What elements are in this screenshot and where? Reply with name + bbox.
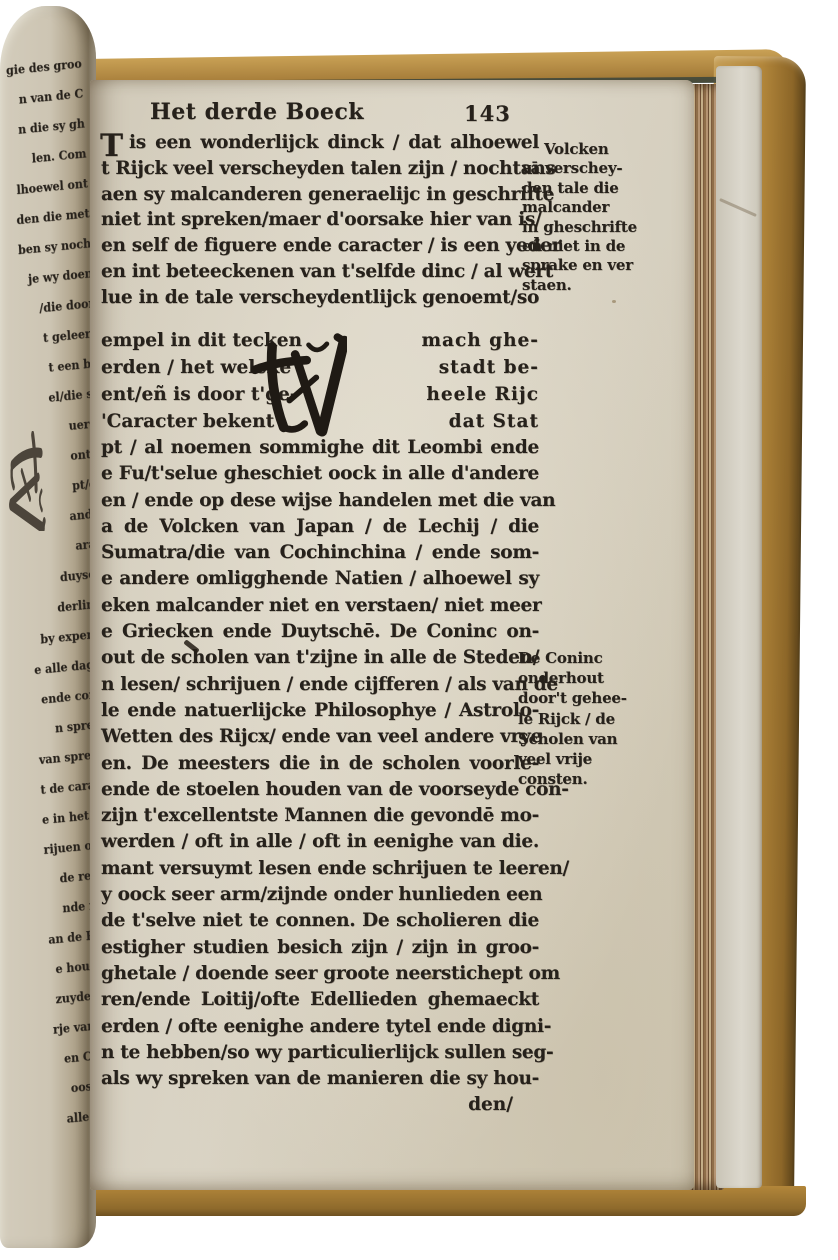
margin-note-line: eñ niet in de bbox=[522, 237, 650, 256]
body-text-line: le ende natuerlijcke Philosophye / Astro… bbox=[101, 700, 539, 726]
body-text-line: out de scholen van t'zijne in alle de St… bbox=[101, 647, 539, 673]
body-text-line: estigher studien besich zijn / zijn in g… bbox=[101, 937, 539, 963]
body-text-line: en self de figuere ende caracter / is ee… bbox=[101, 235, 539, 261]
margin-note-line: vā verschey- bbox=[522, 159, 650, 178]
margin-note-line: consten. bbox=[518, 769, 650, 789]
body-text-line: y oock seer arm/zijnde onder hunlieden e… bbox=[101, 884, 539, 910]
margin-note-line: le Rijck / de bbox=[518, 709, 650, 729]
body-text-line: en int beteeckenen van t'selfde dinc / a… bbox=[101, 261, 539, 287]
margin-note-line: den tale die bbox=[522, 179, 650, 198]
body-text-line: e Griecken ende Duytschē. De Coninc on- bbox=[101, 621, 539, 647]
body-text-line: erden / ofte eenighe andere tytel ende d… bbox=[101, 1016, 539, 1042]
margin-note-bottom: De Coninconderhoutdoor't gehee-le Rijck … bbox=[518, 648, 650, 789]
closing-word-text: den/ bbox=[468, 1094, 513, 1115]
margin-note-line: in gheschrifte bbox=[522, 218, 650, 237]
left-page-woodcut-character-icon bbox=[14, 426, 55, 526]
margin-note-line: staen. bbox=[522, 276, 650, 295]
page-number: 143 bbox=[464, 101, 511, 126]
body-text-line: en / ende op dese wijse handelen met die… bbox=[101, 490, 539, 516]
body-text-paragraph-1: is een wonderlijck dinck / dat alhoewelt… bbox=[101, 132, 539, 313]
margin-note-line: Scholen van bbox=[518, 729, 650, 749]
body-text-line: n te hebben/so wy particulierlijck sulle… bbox=[101, 1042, 539, 1068]
wrap-right-column: mach ghe-stadt be-heele Rijcdat Stat bbox=[421, 330, 539, 438]
margin-note-line: door't gehee- bbox=[518, 688, 650, 708]
body-text-line: zijn t'excellentste Mannen die gevondē m… bbox=[101, 805, 539, 831]
body-text-line: en. De meesters die in de scholen voorle… bbox=[101, 753, 539, 779]
margin-note-top: Volckenvā verschey-den tale diemalcander… bbox=[522, 140, 650, 295]
body-text-line: heele Rijc bbox=[421, 384, 539, 411]
body-text-line: t Rijck veel verscheyden talen zijn / no… bbox=[101, 158, 539, 184]
margin-note-line: malcander bbox=[522, 198, 650, 217]
body-text-line: eken malcander niet en verstaen/ niet me… bbox=[101, 595, 539, 621]
paper-fleck bbox=[612, 300, 616, 303]
body-text-line: Sumatra/die van Cochinchina / ende som- bbox=[101, 542, 539, 568]
body-text-line: werden / oft in alle / oft in eenighe va… bbox=[101, 831, 539, 857]
body-text-line: mant versuymt lesen ende schrijuen te le… bbox=[101, 858, 539, 884]
body-text-line: is een wonderlijck dinck / dat alhoewel bbox=[101, 132, 539, 158]
body-text-line: ende de stoelen houden van de voorseyde … bbox=[101, 779, 539, 805]
margin-note-line: De Coninc bbox=[518, 648, 650, 668]
body-text-line: e andere omligghende Natien / alhoewel s… bbox=[101, 568, 539, 594]
margin-note-line: veel vrije bbox=[518, 749, 650, 769]
running-header: Het derde Boeck bbox=[150, 99, 364, 125]
body-text-line: ren/ende Loitij/ofte Edellieden ghemaeck… bbox=[101, 989, 539, 1015]
margin-note-line: Volcken bbox=[522, 140, 650, 159]
body-text-line: n lesen/ schrijuen / ende cijfferen / al… bbox=[101, 674, 539, 700]
body-text-line: niet int spreken/maer d'oorsake hier van… bbox=[101, 209, 539, 235]
body-text-line: ghetale / doende seer groote neerstichep… bbox=[101, 963, 539, 989]
body-text-line: als wy spreken van de manieren die sy ho… bbox=[101, 1068, 539, 1094]
body-text-line: lue in de tale verscheydentlijck genoemt… bbox=[101, 287, 539, 313]
chinese-character-woodcut-icon bbox=[251, 331, 347, 447]
previous-page-curved: gie des groon van de Cn die sy ghlen. Co… bbox=[0, 6, 96, 1248]
body-text-line: Wetten des Rijcx/ ende van veel andere v… bbox=[101, 726, 539, 752]
body-text-line: aen sy malcanderen generaelijc in geschr… bbox=[101, 184, 539, 210]
body-text-paragraph-2: pt / al noemen sommighe dit Leombi endee… bbox=[101, 437, 539, 1094]
body-text-line: stadt be- bbox=[421, 357, 539, 384]
paper-fleck bbox=[428, 975, 433, 979]
body-text-line: mach ghe- bbox=[421, 330, 539, 357]
body-text-line: dat Stat bbox=[421, 411, 539, 438]
body-text-line: de t'selve niet te connen. De scholieren… bbox=[101, 910, 539, 936]
body-text-line: e Fu/t'selue gheschiet oock in alle d'an… bbox=[101, 463, 539, 489]
loose-endpaper bbox=[716, 66, 762, 1188]
margin-note-line: sprake en ver bbox=[522, 256, 650, 275]
body-text-line: a de Volcken van Japan / de Lechij / die bbox=[101, 516, 539, 542]
endpaper-fold-crease bbox=[719, 198, 757, 217]
leather-cover-bottom-edge bbox=[84, 1186, 806, 1216]
body-text-line: pt / al noemen sommighe dit Leombi ende bbox=[101, 437, 539, 463]
book-photo: gie des groon van de Cn die sy ghlen. Co… bbox=[0, 0, 838, 1260]
margin-note-line: onderhout bbox=[518, 668, 650, 688]
paragraph-closing-word: den/ bbox=[101, 1094, 539, 1115]
